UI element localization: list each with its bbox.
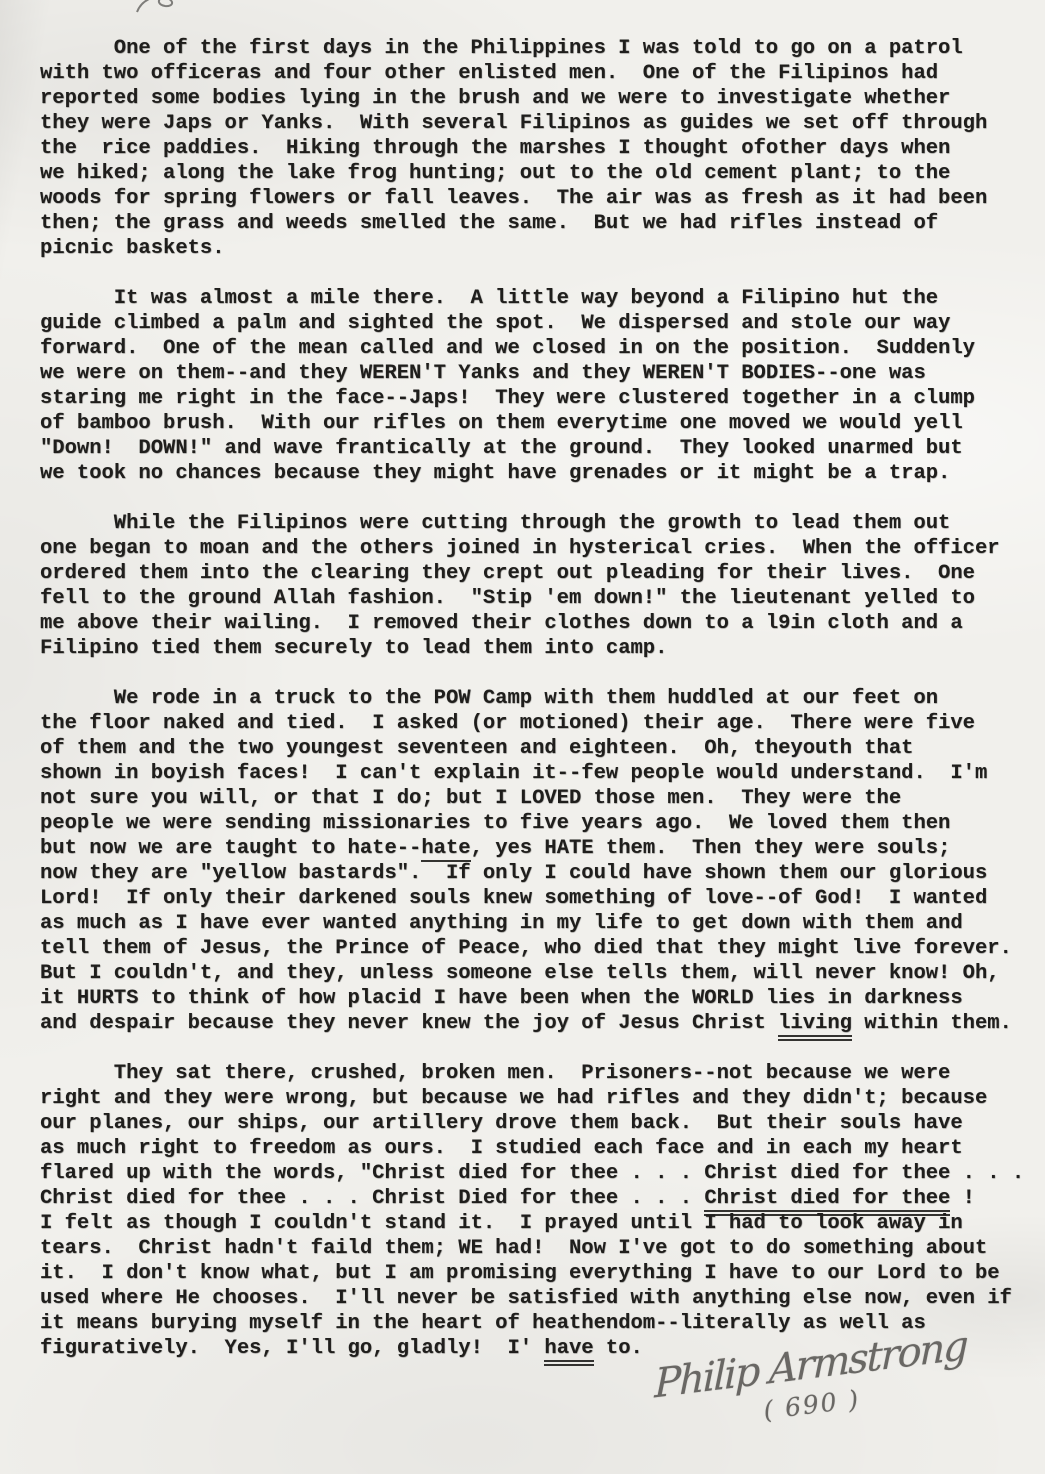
- text-segment: While the Filipinos were cutting through…: [114, 512, 951, 535]
- text-segment: people we were sending missionaries to f…: [40, 812, 950, 835]
- text-segment: flared up with the words, "Christ died f…: [40, 1162, 1024, 1185]
- text-line: of them and the two youngest seventeen a…: [40, 736, 1040, 761]
- text-segment: staring me right in the face--Japs! They…: [40, 387, 975, 410]
- text-segment: One of the first days in the Philippines…: [114, 37, 963, 60]
- text-line: tell them of Jesus, the Prince of Peace,…: [40, 936, 1040, 961]
- text-segment: it means burying myself in the heart of …: [40, 1312, 926, 1335]
- text-segment: it. I don't know what, but I am promisin…: [40, 1262, 1000, 1285]
- underlined-text: hate: [421, 837, 470, 862]
- text-line: it. I don't know what, but I am promisin…: [40, 1261, 1040, 1286]
- text-segment: within them.: [852, 1012, 1012, 1035]
- text-line: forward. One of the mean called and we c…: [40, 336, 1040, 361]
- text-segment: woods for spring flowers or fall leaves.…: [40, 187, 987, 210]
- text-line: we were on them--and they WEREN'T Yanks …: [40, 361, 1040, 386]
- text-segment: fell to the ground Allah fashion. "Stip …: [40, 587, 975, 610]
- text-line: It was almost a mile there. A little way…: [40, 286, 1040, 311]
- text-line: then; the grass and weeds smelled the sa…: [40, 211, 1040, 236]
- text-segment: but now we are taught to hate--: [40, 837, 421, 860]
- text-segment: It was almost a mile there. A little way…: [114, 287, 938, 310]
- underlined-text: have: [544, 1337, 593, 1366]
- text-line: tears. Christ hadn't faild them; WE had!…: [40, 1236, 1040, 1261]
- text-line: They sat there, crushed, broken men. Pri…: [40, 1061, 1040, 1086]
- text-line: Filipino tied them securely to lead them…: [40, 636, 1040, 661]
- text-line: they were Japs or Yanks. With several Fi…: [40, 111, 1040, 136]
- text-segment: our planes, our ships, our artillery dro…: [40, 1112, 963, 1135]
- text-segment: now they are "yellow bastards". If only …: [40, 862, 987, 885]
- text-line: the floor naked and tied. I asked (or mo…: [40, 711, 1040, 736]
- text-segment: , yes HATE them. Then they were souls;: [471, 837, 951, 860]
- text-line: people we were sending missionaries to f…: [40, 811, 1040, 836]
- text-segment: forward. One of the mean called and we c…: [40, 337, 975, 360]
- text-line: "Down! DOWN!" and wave frantically at th…: [40, 436, 1040, 461]
- text-segment: we hiked; along the lake frog hunting; o…: [40, 162, 950, 185]
- paragraph: While the Filipinos were cutting through…: [40, 511, 1040, 661]
- text-line: we hiked; along the lake frog hunting; o…: [40, 161, 1040, 186]
- text-segment: figuratively. Yes, I'll go, gladly! I': [40, 1337, 544, 1360]
- text-segment: Filipino tied them securely to lead them…: [40, 637, 667, 660]
- text-segment: guide climbed a palm and sighted the spo…: [40, 312, 950, 335]
- text-segment: it HURTS to think of how placid I have b…: [40, 987, 963, 1010]
- text-line: but now we are taught to hate--hate, yes…: [40, 836, 1040, 861]
- text-segment: we took no chances because they might ha…: [40, 462, 950, 485]
- text-line: shown in boyish faces! I can't explain i…: [40, 761, 1040, 786]
- text-segment: Christ died for thee . . . Christ Died f…: [40, 1187, 704, 1210]
- text-line: with two officeras and four other enlist…: [40, 61, 1040, 86]
- text-segment: to.: [594, 1337, 643, 1360]
- text-line: picnic baskets.: [40, 236, 1040, 261]
- text-segment: then; the grass and weeds smelled the sa…: [40, 212, 938, 235]
- text-line: and despair because they never knew the …: [40, 1011, 1040, 1036]
- text-line: right and they were wrong, but because w…: [40, 1086, 1040, 1111]
- text-line: guide climbed a palm and sighted the spo…: [40, 311, 1040, 336]
- text-segment: we were on them--and they WEREN'T Yanks …: [40, 362, 926, 385]
- text-segment: !: [950, 1187, 975, 1210]
- text-segment: the floor naked and tied. I asked (or mo…: [40, 712, 975, 735]
- text-line: While the Filipinos were cutting through…: [40, 511, 1040, 536]
- text-line: we took no chances because they might ha…: [40, 461, 1040, 486]
- text-segment: one began to moan and the others joined …: [40, 537, 1000, 560]
- text-line: But I couldn't, and they, unless someone…: [40, 961, 1040, 986]
- text-segment: ordered them into the clearing they crep…: [40, 562, 975, 585]
- text-segment: We rode in a truck to the POW Camp with …: [114, 687, 938, 710]
- text-line: Lord! If only their darkened souls knew …: [40, 886, 1040, 911]
- text-line: fell to the ground Allah fashion. "Stip …: [40, 586, 1040, 611]
- text-line: our planes, our ships, our artillery dro…: [40, 1111, 1040, 1136]
- text-segment: not sure you will, or that I do; but I L…: [40, 787, 901, 810]
- text-segment: reported some bodies lying in the brush …: [40, 87, 950, 110]
- text-line: flared up with the words, "Christ died f…: [40, 1161, 1040, 1186]
- text-segment: tell them of Jesus, the Prince of Peace,…: [40, 937, 1012, 960]
- text-segment: and despair because they never knew the …: [40, 1012, 778, 1035]
- text-segment: they were Japs or Yanks. With several Fi…: [40, 112, 987, 135]
- text-segment: used where He chooses. I'll never be sat…: [40, 1287, 1012, 1310]
- text-line: as much as I have ever wanted anything i…: [40, 911, 1040, 936]
- text-segment: "Down! DOWN!" and wave frantically at th…: [40, 437, 963, 460]
- pen-stroke-icon: [133, 0, 187, 13]
- text-line: woods for spring flowers or fall leaves.…: [40, 186, 1040, 211]
- text-segment: picnic baskets.: [40, 237, 225, 260]
- text-line: staring me right in the face--Japs! They…: [40, 386, 1040, 411]
- text-line: me above their wailing. I removed their …: [40, 611, 1040, 636]
- text-line: it HURTS to think of how placid I have b…: [40, 986, 1040, 1011]
- text-segment: They sat there, crushed, broken men. Pri…: [114, 1062, 951, 1085]
- text-segment: as much as I have ever wanted anything i…: [40, 912, 963, 935]
- text-segment: me above their wailing. I removed their …: [40, 612, 963, 635]
- text-line: used where He chooses. I'll never be sat…: [40, 1286, 1040, 1311]
- paragraph: It was almost a mile there. A little way…: [40, 286, 1040, 486]
- text-segment: shown in boyish faces! I can't explain i…: [40, 762, 987, 785]
- text-segment: of them and the two youngest seventeen a…: [40, 737, 913, 760]
- text-line: one began to moan and the others joined …: [40, 536, 1040, 561]
- paragraph: One of the first days in the Philippines…: [40, 36, 1040, 261]
- text-line: of bamboo brush. With our rifles on them…: [40, 411, 1040, 436]
- text-segment: But I couldn't, and they, unless someone…: [40, 962, 1000, 985]
- text-segment: I felt as though I couldn't stand it. I …: [40, 1212, 963, 1235]
- text-line: reported some bodies lying in the brush …: [40, 86, 1040, 111]
- text-segment: the rice paddies. Hiking through the mar…: [40, 137, 950, 160]
- text-line: not sure you will, or that I do; but I L…: [40, 786, 1040, 811]
- text-segment: Lord! If only their darkened souls knew …: [40, 887, 987, 910]
- text-line: now they are "yellow bastards". If only …: [40, 861, 1040, 886]
- text-line: as much right to freedom as ours. I stud…: [40, 1136, 1040, 1161]
- underlined-text: living: [778, 1012, 852, 1041]
- document-body: One of the first days in the Philippines…: [40, 36, 1040, 1386]
- text-line: I felt as though I couldn't stand it. I …: [40, 1211, 1040, 1236]
- text-segment: with two officeras and four other enlist…: [40, 62, 938, 85]
- text-line: One of the first days in the Philippines…: [40, 36, 1040, 61]
- text-segment: tears. Christ hadn't faild them; WE had!…: [40, 1237, 987, 1260]
- text-segment: as much right to freedom as ours. I stud…: [40, 1137, 963, 1160]
- scanned-letter-page: { "document": { "paragraphs": [ {"lines"…: [0, 0, 1045, 1474]
- paragraph: They sat there, crushed, broken men. Pri…: [40, 1061, 1040, 1361]
- text-line: We rode in a truck to the POW Camp with …: [40, 686, 1040, 711]
- text-line: ordered them into the clearing they crep…: [40, 561, 1040, 586]
- text-line: the rice paddies. Hiking through the mar…: [40, 136, 1040, 161]
- text-segment: of bamboo brush. With our rifles on them…: [40, 412, 963, 435]
- text-line: Christ died for thee . . . Christ Died f…: [40, 1186, 1040, 1211]
- paragraph: We rode in a truck to the POW Camp with …: [40, 686, 1040, 1036]
- text-segment: right and they were wrong, but because w…: [40, 1087, 987, 1110]
